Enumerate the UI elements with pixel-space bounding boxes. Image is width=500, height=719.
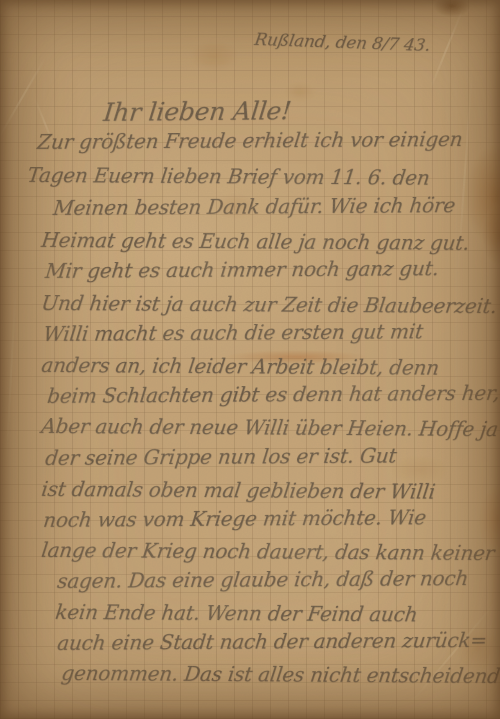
handwritten-letter: Rußland, den 8/7 43. Ihr lieben Alle! Zu… [0,0,500,719]
handwritten-line: der seine Grippe nun los er ist. Gut [44,444,398,470]
handwritten-line: Zur größten Freude erhielt ich vor einig… [36,127,464,154]
handwritten-line: kein Ende hat. Wenn der Feind auch [54,600,419,627]
handwritten-line: ist damals oben mal geblieben der Willi [40,477,437,504]
handwritten-line: auch eine Stadt nach der anderen zurück= [56,628,488,655]
handwritten-line: Tagen Euern lieben Brief vom 11. 6. den [26,163,431,190]
salutation: Ihr lieben Alle! [102,96,293,127]
handwritten-line: Mir geht es auch immer noch ganz gut. [44,256,440,283]
handwritten-line: lange der Krieg noch dauert, das kann ke… [40,538,496,565]
date-line: Rußland, den 8/7 43. [253,30,432,56]
handwritten-line: Und hier ist ja auch zur Zeit die Blaube… [40,291,498,318]
handwritten-line: noch was vom Kriege mit möchte. Wie [42,505,427,532]
handwritten-line: anders an, ich leider Arbeit bleibt, den… [40,353,441,380]
handwritten-line: Heimat geht es Euch alle ja noch ganz gu… [40,228,471,255]
handwritten-line: Aber auch der neue Willi über Heien. Hof… [40,414,500,441]
letter-page: Rußland, den 8/7 43. Ihr lieben Alle! Zu… [0,0,500,719]
handwritten-line: genommen. Das ist alles nicht entscheide… [60,661,500,688]
handwritten-line: beim Schlachten gibt es denn hat anders … [46,381,500,408]
handwritten-line: Meinen besten Dank dafür. Wie ich höre [52,193,457,220]
handwritten-line: Willi macht es auch die ersten gut mit [42,319,424,346]
handwritten-line: sagen. Das eine glaube ich, daß der noch [56,566,470,593]
